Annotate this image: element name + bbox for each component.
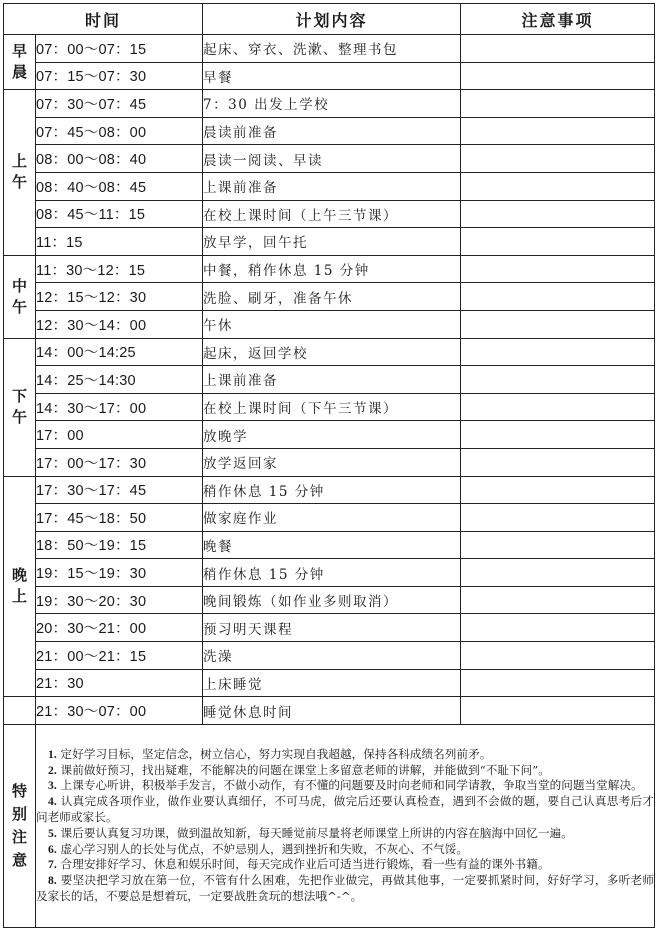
note-text: 上课专心听讲，积极举手发言，不做小动作，有不懂的问题要及时向老师和同学请教，争取…	[61, 778, 643, 792]
period-char: 午	[4, 172, 35, 193]
table-row: 21：30上床睡觉	[4, 669, 655, 697]
header-time: 时间	[4, 4, 203, 35]
special-notes-content: 1. 定好学习目标，坚定信念，树立信心，努力实现自我超越，保持各科成绩名列前矛。…	[36, 724, 655, 927]
note-cell	[461, 448, 655, 476]
note-item: 7. 合理安排好学习、休息和娱乐时间，每天完成作业后可适当进行锻炼，看一些有益的…	[36, 857, 654, 873]
note-item: 5. 课后要认真复习功课，做到温故知新，每天睡觉前尽量将老师课堂上所讲的内容在脑…	[36, 826, 654, 842]
note-item: 8. 要坚决把学习放在第一位，不管有什么困难，先把作业做完，再做其他事，一定要抓…	[36, 873, 654, 905]
note-number: 3.	[48, 779, 57, 792]
note-text: 合理安排好学习、休息和娱乐时间，每天完成作业后可适当进行锻炼，看一些有益的课外书…	[61, 857, 550, 871]
table-row: 20：30～21：00预习明天课程	[4, 614, 655, 642]
time-cell: 11：15	[36, 228, 203, 256]
note-cell	[461, 642, 655, 670]
time-cell: 08：00～08：40	[36, 145, 203, 173]
plan-cell: 晚餐	[203, 531, 461, 559]
period-label	[4, 697, 36, 725]
plan-cell: 洗澡	[203, 642, 461, 670]
time-cell: 20：30～21：00	[36, 614, 203, 642]
table-row: 19：15～19：30稍作休息 15 分钟	[4, 559, 655, 587]
special-label-char: 意	[4, 849, 35, 872]
period-char: 中	[4, 276, 35, 297]
time-cell: 17：45～18：50	[36, 504, 203, 532]
period-label: 晚上	[4, 476, 36, 697]
note-number: 6.	[48, 843, 57, 856]
table-row: 14：30～17：00在校上课时间（下午三节课）	[4, 393, 655, 421]
plan-cell: 起床、穿衣、洗漱、整理书包	[203, 35, 461, 63]
plan-cell: 午休	[203, 310, 461, 338]
plan-cell: 在校上课时间（上午三节课）	[203, 200, 461, 228]
table-row: 21：00～21：15洗澡	[4, 642, 655, 670]
plan-cell: 上课前准备	[203, 172, 461, 200]
table-row: 12：30～14：00午休	[4, 310, 655, 338]
plan-cell: 上课前准备	[203, 366, 461, 394]
schedule-body: 早晨07：00～07：15起床、穿衣、洗漱、整理书包07：15～07：30早餐上…	[4, 35, 655, 928]
time-cell: 19：30～20：30	[36, 586, 203, 614]
plan-cell: 起床，返回学校	[203, 338, 461, 366]
time-cell: 21：30～07：00	[36, 697, 203, 725]
time-cell: 12：15～12：30	[36, 283, 203, 311]
period-char: 早	[4, 41, 35, 62]
period-char: 午	[4, 407, 35, 428]
special-notes-label: 特别注意	[4, 724, 36, 927]
note-item: 4. 认真完成各项作业，做作业要认真细仔，不可马虎，做完后还要认真检查，遇到不会…	[36, 794, 654, 826]
note-text: 定好学习目标，坚定信念，树立信心，努力实现自我超越，保持各科成绩名列前矛。	[61, 747, 492, 761]
note-cell	[461, 697, 655, 725]
period-char: 上	[4, 586, 35, 607]
table-row: 19：30～20：30晚间锻炼（如作业多则取消）	[4, 586, 655, 614]
time-cell: 21：00～21：15	[36, 642, 203, 670]
note-cell	[461, 145, 655, 173]
time-cell: 08：40～08：45	[36, 172, 203, 200]
plan-cell: 晨读一阅读、早读	[203, 145, 461, 173]
plan-cell: 中餐，稍作休息 15 分钟	[203, 255, 461, 283]
table-row: 17：00放晚学	[4, 421, 655, 449]
period-char: 晚	[4, 565, 35, 586]
time-cell: 07：00～07：15	[36, 35, 203, 63]
table-row: 晚上17：30～17：45稍作休息 15 分钟	[4, 476, 655, 504]
note-item: 6. 虚心学习别人的长处与优点，不妒忌别人，遇到挫折和失败，不灰心、不气馁。	[36, 842, 654, 858]
special-label-char: 注	[4, 826, 35, 849]
plan-cell: 晨读前准备	[203, 117, 461, 145]
time-cell: 17：30～17：45	[36, 476, 203, 504]
table-row: 上午07：30～07：457：30 出发上学校	[4, 90, 655, 118]
note-cell	[461, 504, 655, 532]
table-row: 中午11：30～12：15中餐，稍作休息 15 分钟	[4, 255, 655, 283]
time-cell: 14：30～17：00	[36, 393, 203, 421]
period-char: 午	[4, 297, 35, 318]
time-cell: 12：30～14：00	[36, 310, 203, 338]
table-row: 早晨07：00～07：15起床、穿衣、洗漱、整理书包	[4, 35, 655, 63]
time-cell: 11：30～12：15	[36, 255, 203, 283]
time-cell: 18：50～19：15	[36, 531, 203, 559]
note-cell	[461, 62, 655, 90]
note-cell	[461, 531, 655, 559]
time-cell: 21：30	[36, 669, 203, 697]
note-text: 课后要认真复习功课，做到温故知新，每天睡觉前尽量将老师课堂上所讲的内容在脑海中回…	[61, 826, 573, 840]
time-cell: 19：15～19：30	[36, 559, 203, 587]
table-row: 11：15放早学，回午托	[4, 228, 655, 256]
table-row: 17：00～17：30放学返回家	[4, 448, 655, 476]
plan-cell: 在校上课时间（下午三节课）	[203, 393, 461, 421]
plan-cell: 早餐	[203, 62, 461, 90]
note-cell	[461, 338, 655, 366]
period-label: 中午	[4, 255, 36, 338]
table-row: 18：50～19：15晚餐	[4, 531, 655, 559]
table-row: 07：15～07：30早餐	[4, 62, 655, 90]
plan-cell: 稍作休息 15 分钟	[203, 476, 461, 504]
time-cell: 07：30～07：45	[36, 90, 203, 118]
note-number: 5.	[48, 827, 57, 840]
plan-cell: 睡觉休息时间	[203, 697, 461, 725]
note-cell	[461, 476, 655, 504]
special-label-char: 别	[4, 803, 35, 826]
table-row: 21：30～07：00睡觉休息时间	[4, 697, 655, 725]
period-label: 上午	[4, 90, 36, 256]
note-cell	[461, 283, 655, 311]
note-cell	[461, 421, 655, 449]
note-cell	[461, 614, 655, 642]
note-cell	[461, 200, 655, 228]
note-item: 2. 课前做好预习，找出疑难，不能解决的问题在课堂上多留意老师的讲解，并能做到“…	[36, 763, 654, 779]
note-cell	[461, 117, 655, 145]
table-row: 14：25～14:30上课前准备	[4, 366, 655, 394]
note-cell	[461, 310, 655, 338]
table-row: 08：40～08：45上课前准备	[4, 172, 655, 200]
time-cell: 14：00～14:25	[36, 338, 203, 366]
time-cell: 17：00	[36, 421, 203, 449]
plan-cell: 预习明天课程	[203, 614, 461, 642]
time-cell: 07：45～08：00	[36, 117, 203, 145]
time-cell: 08：45～11：15	[36, 200, 203, 228]
plan-cell: 放早学，回午托	[203, 228, 461, 256]
note-cell	[461, 255, 655, 283]
plan-cell: 晚间锻炼（如作业多则取消）	[203, 586, 461, 614]
note-text: 认真完成各项作业，做作业要认真细仔，不可马虎，做完后还要认真检查，遇到不会做的题…	[36, 794, 654, 824]
time-cell: 07：15～07：30	[36, 62, 203, 90]
note-cell	[461, 559, 655, 587]
period-char: 上	[4, 151, 35, 172]
note-cell	[461, 228, 655, 256]
note-number: 2.	[48, 764, 57, 777]
header-row: 时间 计划内容 注意事项	[4, 4, 655, 35]
note-cell	[461, 586, 655, 614]
plan-cell: 放学返回家	[203, 448, 461, 476]
period-char: 晨	[4, 62, 35, 83]
table-row: 17：45～18：50做家庭作业	[4, 504, 655, 532]
note-cell	[461, 90, 655, 118]
note-cell	[461, 669, 655, 697]
table-row: 08：45～11：15在校上课时间（上午三节课）	[4, 200, 655, 228]
note-cell	[461, 393, 655, 421]
table-row: 12：15～12：30洗脸、刷牙，准备午休	[4, 283, 655, 311]
note-cell	[461, 366, 655, 394]
table-row: 07：45～08：00晨读前准备	[4, 117, 655, 145]
note-cell	[461, 35, 655, 63]
plan-cell: 洗脸、刷牙，准备午休	[203, 283, 461, 311]
plan-cell: 7：30 出发上学校	[203, 90, 461, 118]
note-number: 4.	[48, 795, 57, 808]
note-cell	[461, 172, 655, 200]
note-number: 1.	[48, 748, 57, 761]
plan-cell: 放晚学	[203, 421, 461, 449]
note-item: 3. 上课专心听讲，积极举手发言，不做小动作，有不懂的问题要及时向老师和同学请教…	[36, 778, 654, 794]
schedule-table: 时间 计划内容 注意事项 早晨07：00～07：15起床、穿衣、洗漱、整理书包0…	[3, 3, 655, 928]
note-text: 要坚决把学习放在第一位，不管有什么困难，先把作业做完，再做其他事，一定要抓紧时间…	[36, 873, 654, 903]
header-notes: 注意事项	[461, 4, 655, 35]
table-row: 下午14：00～14:25起床，返回学校	[4, 338, 655, 366]
note-text: 课前做好预习，找出疑难，不能解决的问题在课堂上多留意老师的讲解，并能做到“不耻下…	[61, 763, 550, 777]
time-cell: 17：00～17：30	[36, 448, 203, 476]
time-cell: 14：25～14:30	[36, 366, 203, 394]
note-number: 7.	[48, 858, 57, 871]
plan-cell: 上床睡觉	[203, 669, 461, 697]
plan-cell: 稍作休息 15 分钟	[203, 559, 461, 587]
header-plan: 计划内容	[203, 4, 461, 35]
period-label: 早晨	[4, 35, 36, 90]
note-number: 8.	[48, 874, 57, 887]
special-label-char: 特	[4, 780, 35, 803]
period-char: 下	[4, 386, 35, 407]
period-label: 下午	[4, 338, 36, 476]
table-row: 08：00～08：40晨读一阅读、早读	[4, 145, 655, 173]
plan-cell: 做家庭作业	[203, 504, 461, 532]
special-notes-row: 特别注意1. 定好学习目标，坚定信念，树立信心，努力实现自我超越，保持各科成绩名…	[4, 724, 655, 927]
note-item: 1. 定好学习目标，坚定信念，树立信心，努力实现自我超越，保持各科成绩名列前矛。	[36, 747, 654, 763]
note-text: 虚心学习别人的长处与优点，不妒忌别人，遇到挫折和失败，不灰心、不气馁。	[61, 842, 469, 856]
